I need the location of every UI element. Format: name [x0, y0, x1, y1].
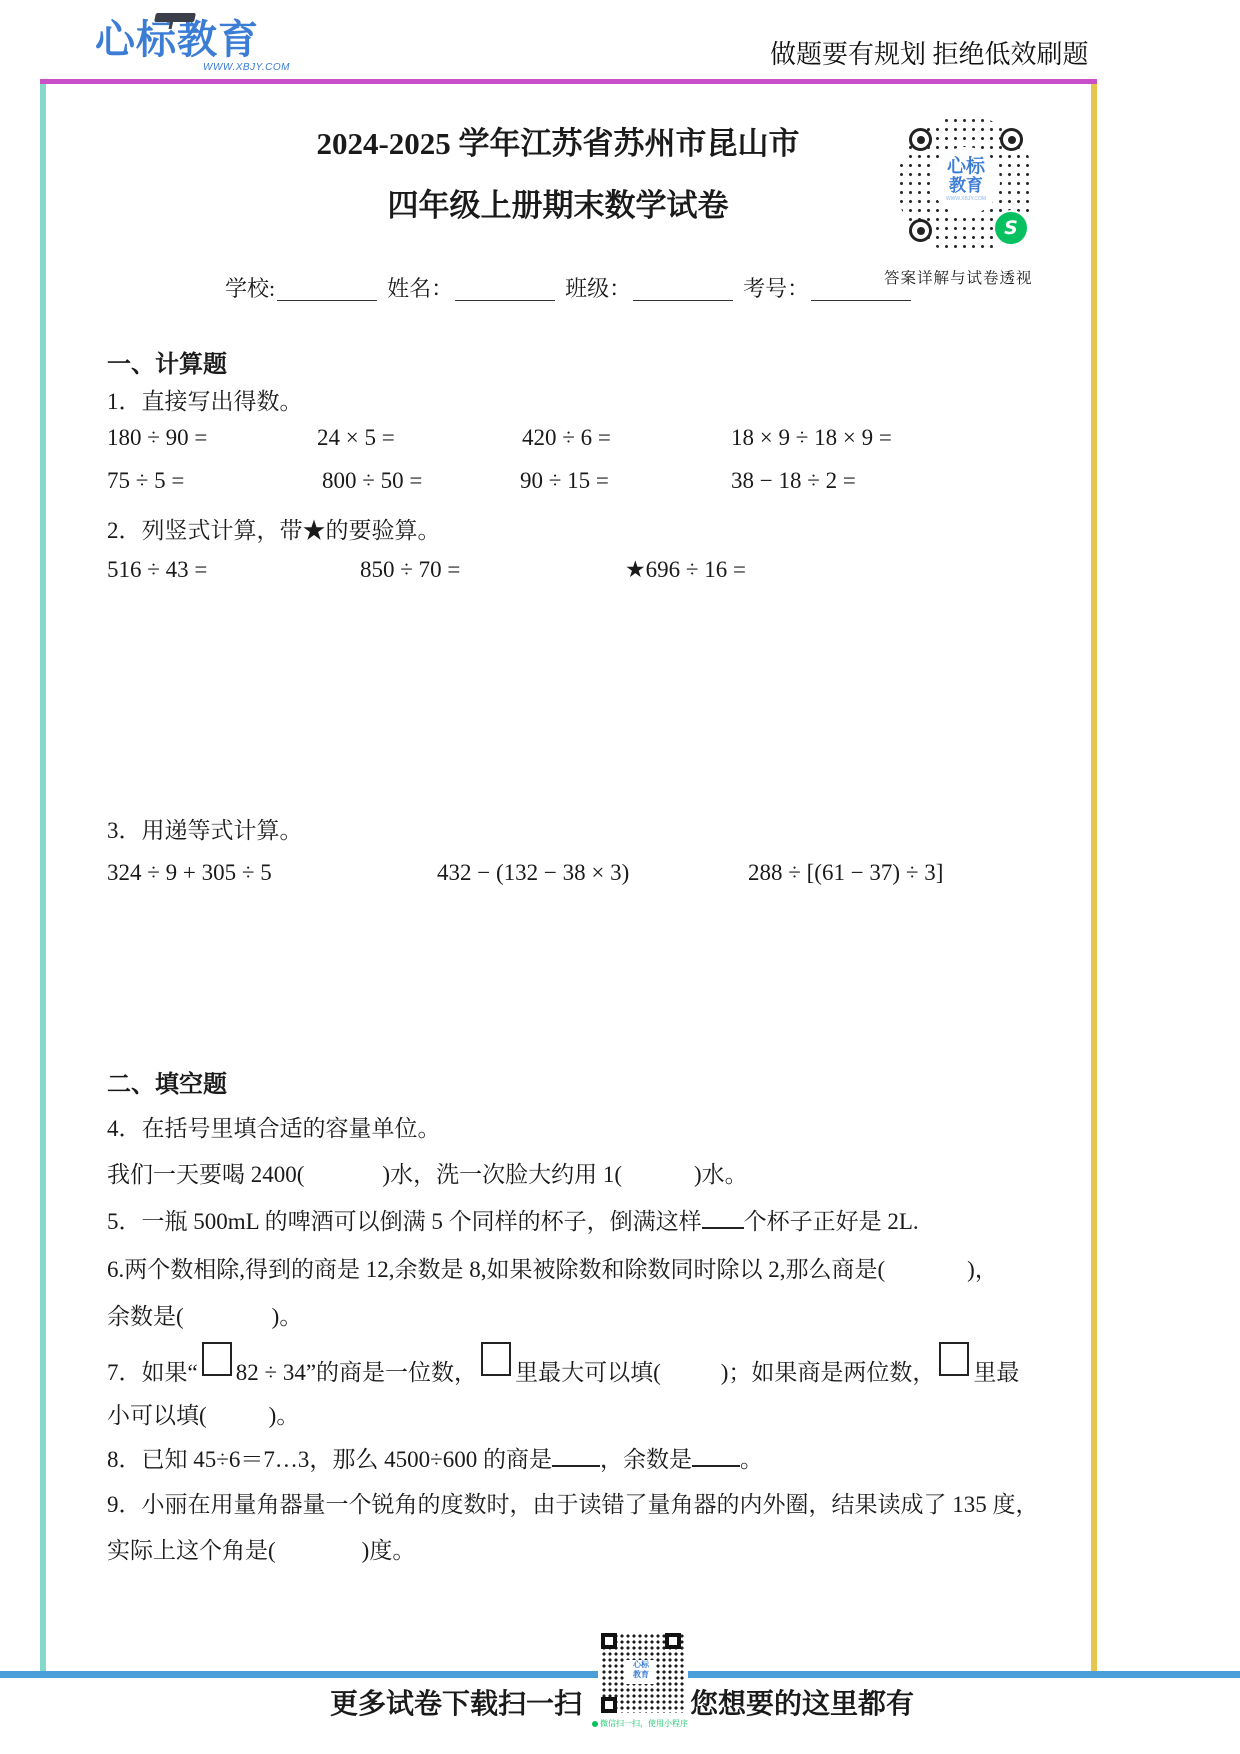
q6-text: 余数是(	[107, 1304, 184, 1329]
q1-prompt: 1．直接写出得数。	[107, 383, 303, 416]
q8-text: 8．已知 45÷6＝7…3，那么 4500÷600 的商是	[107, 1447, 552, 1472]
q7-text: 82 ÷ 34”的商是一位数，	[236, 1360, 477, 1385]
q9-line1: 9．小丽在用量角器量一个锐角的度数时，由于读错了量角器的内外圈，结果读成了 13…	[107, 1486, 1039, 1519]
qr-center-logo-line2: 教育	[633, 1670, 649, 1679]
class-label: 班级：	[565, 272, 631, 303]
exam-no-blank	[811, 276, 911, 301]
school-label: 学校:	[225, 272, 275, 303]
q1-expression: 180 ÷ 90 =	[107, 425, 207, 451]
q7-text: )；如果商是两位数，	[721, 1360, 936, 1385]
q1-expression: 38 − 18 ÷ 2 =	[731, 468, 856, 494]
section1-heading: 一、计算题	[107, 344, 227, 379]
wechat-dot-icon	[592, 1721, 598, 1727]
qr-center-logo-url: WWW.XBJY.COM	[932, 196, 1000, 202]
q7-text: 里最	[973, 1360, 1019, 1385]
q6-line2: 余数是()。	[107, 1298, 302, 1331]
header-tagline: 做题要有规划 拒绝低效刷题	[770, 34, 1089, 71]
qr-center-logo-line1: 心标	[932, 157, 1000, 177]
empty-box	[202, 1342, 232, 1376]
right-border-yellow	[1091, 84, 1097, 1674]
q4-prompt: 4．在括号里填合适的容量单位。	[107, 1110, 441, 1143]
q7-text: 小可以填(	[107, 1403, 207, 1428]
q2-expression: ★696 ÷ 16 =	[625, 557, 746, 583]
top-rule-magenta	[40, 79, 1097, 84]
q3-prompt: 3．用递等式计算。	[107, 812, 303, 845]
footer-right-text: 您想要的这里都有	[690, 1682, 914, 1722]
brand-logo-text: 心标教育	[95, 20, 315, 60]
qr-center-logo-line1: 心标	[633, 1660, 649, 1669]
qr-center-logo: 心标 教育	[626, 1660, 656, 1684]
q7-text: )。	[269, 1403, 300, 1428]
q8-text: 。	[740, 1447, 763, 1472]
left-border-teal	[40, 84, 46, 1674]
empty-box	[939, 1342, 969, 1376]
q6-text: )。	[272, 1304, 303, 1329]
section2-heading: 二、填空题	[107, 1064, 227, 1099]
blank-underline	[702, 1207, 744, 1229]
qr-finder-icon	[909, 128, 932, 151]
q5-line: 5．一瓶 500mL 的啤酒可以倒满 5 个同样的杯子，倒满这样个杯子正好是 2…	[107, 1203, 919, 1236]
q5-text: 个杯子正好是 2L.	[744, 1209, 919, 1234]
qr-center-logo-line2: 教育	[932, 177, 1000, 196]
q4-text: )水，洗一次脸大约用 1(	[382, 1162, 622, 1187]
exam-no-label: 考号：	[743, 272, 809, 303]
footer-left-text: 更多试卷下载扫一扫	[330, 1682, 582, 1722]
q9-text: 实际上这个角是(	[107, 1538, 276, 1563]
empty-box	[481, 1342, 511, 1376]
q7-line1: 7．如果“82 ÷ 34”的商是一位数，里最大可以填()；如果商是两位数，里最	[107, 1342, 1019, 1387]
q7-line2: 小可以填()。	[107, 1397, 299, 1430]
blank-underline	[692, 1445, 740, 1467]
blank-underline	[552, 1445, 600, 1467]
q6-text: 6.两个数相除,得到的商是 12,余数是 8,如果被除数和除数同时除以 2,那么…	[107, 1257, 885, 1282]
name-blank	[455, 276, 555, 301]
qr-finder-icon	[909, 219, 932, 242]
wechat-miniprogram-icon: S	[993, 210, 1029, 246]
q1-expression: 90 ÷ 15 =	[520, 468, 609, 494]
q2-expression: 516 ÷ 43 =	[107, 557, 207, 583]
q1-expression: 18 × 9 ÷ 18 × 9 =	[731, 425, 892, 451]
q9-text: )度。	[362, 1538, 416, 1563]
q6-line1: 6.两个数相除,得到的商是 12,余数是 8,如果被除数和除数同时除以 2,那么…	[107, 1251, 998, 1284]
q8-text: ，余数是	[600, 1447, 692, 1472]
q1-expression: 75 ÷ 5 =	[107, 468, 184, 494]
q5-text: 5．一瓶 500mL 的啤酒可以倒满 5 个同样的杯子，倒满这样	[107, 1209, 702, 1234]
qr-finder-icon	[1000, 128, 1023, 151]
qr-finder-icon	[601, 1697, 617, 1713]
student-info-row: 学校: 姓名： 班级： 考号：	[225, 272, 921, 303]
q1-expression: 24 × 5 =	[317, 425, 395, 451]
class-blank	[633, 276, 733, 301]
footer-qr-caption-text: 微信扫一扫，使用小程序	[600, 1719, 688, 1728]
footer-qr-caption: 微信扫一扫，使用小程序	[592, 1718, 688, 1729]
brand-logo: 心标教育 WWW.XBJY.COM	[95, 20, 315, 78]
graduation-cap-icon	[154, 13, 196, 22]
q7-text: 7．如果“	[107, 1360, 198, 1385]
q8-line: 8．已知 45÷6＝7…3，那么 4500÷600 的商是，余数是。	[107, 1441, 763, 1474]
q2-expression: 850 ÷ 70 =	[360, 557, 460, 583]
q7-text: 里最大可以填(	[515, 1360, 661, 1385]
school-blank	[277, 276, 377, 301]
q4-text: )水。	[694, 1162, 748, 1187]
q1-expression: 420 ÷ 6 =	[522, 425, 611, 451]
q3-expression: 288 ÷ [(61 − 37) ÷ 3]	[748, 860, 943, 886]
q4-text: 我们一天要喝 2400(	[107, 1162, 304, 1187]
qr-center-logo: 心标 教育 WWW.XBJY.COM	[932, 147, 1000, 215]
q3-expression: 324 ÷ 9 + 305 ÷ 5	[107, 860, 272, 886]
q1-expression: 800 ÷ 50 =	[322, 468, 422, 494]
footer-qr-code: 心标 教育	[598, 1630, 688, 1716]
q3-expression: 432 − (132 − 38 × 3)	[437, 860, 629, 886]
q2-prompt: 2．列竖式计算，带★的要验算。	[107, 512, 441, 545]
q4-fill-line: 我们一天要喝 2400()水，洗一次脸大约用 1()水。	[107, 1156, 748, 1189]
exam-paper-page: 心标教育 WWW.XBJY.COM 做题要有规划 拒绝低效刷题 2024-202…	[0, 0, 1240, 1754]
q9-line2: 实际上这个角是()度。	[107, 1532, 415, 1565]
name-label: 姓名：	[387, 272, 453, 303]
answer-qr-code: 心标 教育 WWW.XBJY.COM S	[893, 112, 1039, 258]
qr-finder-icon	[665, 1633, 681, 1649]
q6-text: )，	[967, 1257, 998, 1282]
brand-logo-url: WWW.XBJY.COM	[203, 62, 290, 73]
qr-finder-icon	[601, 1633, 617, 1649]
